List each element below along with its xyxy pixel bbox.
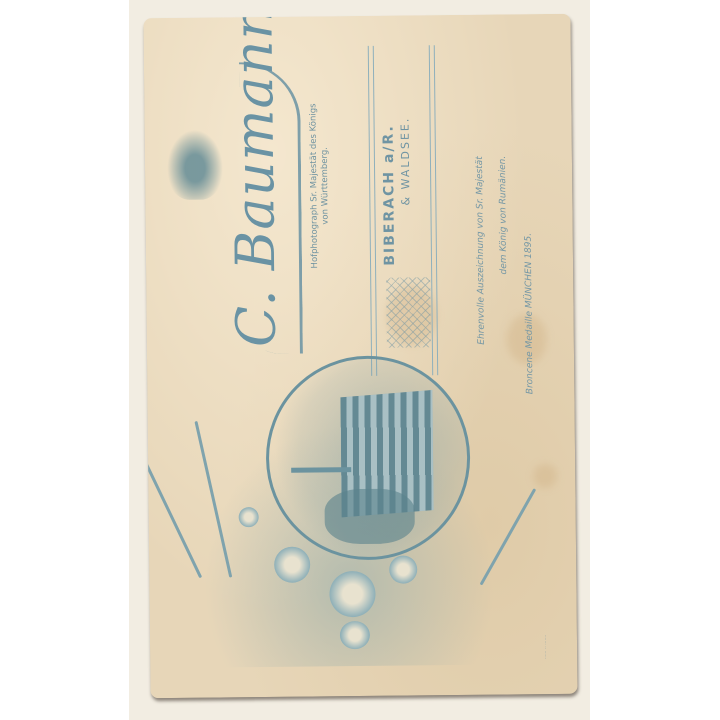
title-line-1: Hofphotograph Sr. Majestät des Königs: [308, 103, 321, 268]
wheat-stalk: [194, 421, 232, 578]
court-photographer-title: Hofphotograph Sr. Majestät des Königs vo…: [308, 103, 332, 268]
studio-building-medallion: [265, 355, 471, 561]
stem: [480, 488, 537, 585]
flower: [389, 555, 417, 583]
trees: [324, 488, 415, 544]
stain: [533, 464, 557, 488]
award-line-3: Broncene Medaille MÜNCHEN 1895.: [524, 233, 536, 394]
photographer-signature: C. Baumann: [221, 14, 288, 348]
wheat-stalk: [143, 451, 202, 579]
city-secondary: & WALDSEE.: [398, 117, 412, 206]
church-spire: [291, 467, 351, 473]
title-line-2: von Württemberg.: [319, 103, 332, 268]
city-main: BIBERACH a/R.: [381, 124, 398, 266]
flower: [274, 547, 310, 583]
award-line-1: Ehrenvolle Auszeichnung von Sr. Majestät: [475, 156, 487, 345]
royal-crest-icon: [167, 129, 224, 200]
lattice-ornament: [386, 277, 431, 347]
daisy: [329, 571, 375, 617]
band-line: [373, 46, 377, 376]
band-line: [368, 46, 372, 376]
printer-imprint: ······ ·· ·······: [544, 635, 549, 659]
cabinet-card-back: C. Baumann Hofphotograph Sr. Majestät de…: [143, 14, 577, 698]
pansy: [340, 621, 370, 649]
bud: [239, 507, 259, 527]
award-line-2: dem König von Rumänien.: [498, 156, 509, 275]
